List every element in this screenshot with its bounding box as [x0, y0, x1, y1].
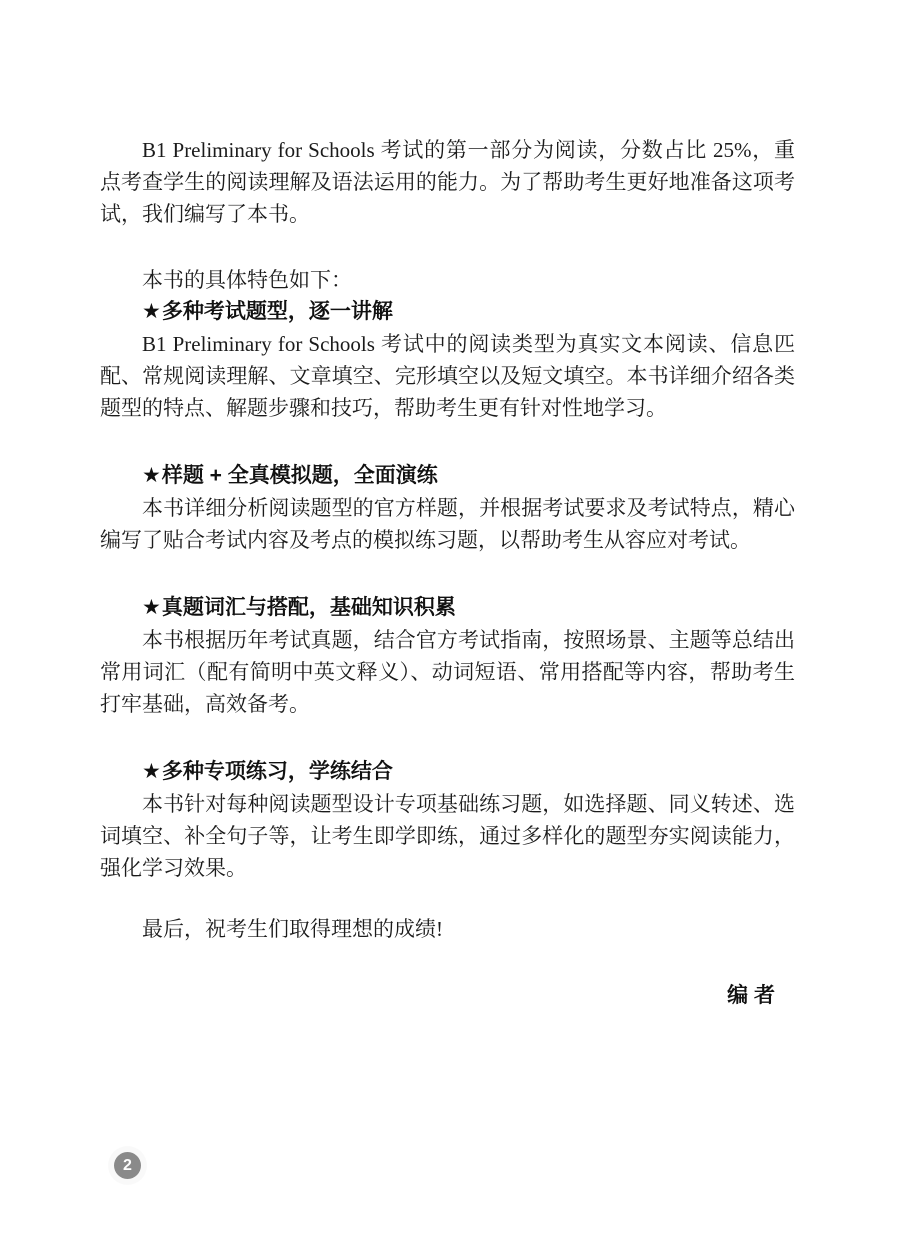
- preface-content: B1 Preliminary for Schools 考试的第一部分为阅读，分数…: [100, 134, 795, 1012]
- star-icon: ★: [142, 596, 161, 619]
- feature-section-vocabulary: ★真题词汇与搭配，基础知识积累 本书根据历年考试真题，结合官方考试指南，按照场景…: [100, 592, 795, 720]
- editor-signature: 编 者: [100, 980, 795, 1012]
- feature-heading: ★真题词汇与搭配，基础知识积累: [100, 592, 795, 624]
- features-lead: 本书的具体特色如下：: [100, 264, 795, 296]
- feature-section-exercises: ★多种专项练习，学练结合 本书针对每种阅读题型设计专项基础练习题，如选择题、同义…: [100, 756, 795, 884]
- feature-heading: ★多种考试题型，逐一讲解: [100, 296, 795, 328]
- feature-heading-label: 样题 + 全真模拟题，全面演练: [162, 464, 438, 487]
- feature-body: 本书针对每种阅读题型设计专项基础练习题，如选择题、同义转述、选词填空、补全句子等…: [100, 788, 795, 884]
- feature-section-exam-types: ★多种考试题型，逐一讲解 B1 Preliminary for Schools …: [100, 296, 795, 424]
- document-page: B1 Preliminary for Schools 考试的第一部分为阅读，分数…: [0, 0, 900, 1234]
- star-icon: ★: [142, 464, 161, 487]
- feature-heading-label: 多种专项练习，学练结合: [162, 760, 393, 783]
- closing-line: 最后，祝考生们取得理想的成绩!: [100, 913, 795, 945]
- star-icon: ★: [142, 300, 161, 323]
- feature-body: B1 Preliminary for Schools 考试中的阅读类型为真实文本…: [100, 328, 795, 424]
- feature-body: 本书根据历年考试真题，结合官方考试指南，按照场景、主题等总结出常用词汇（配有简明…: [100, 624, 795, 720]
- feature-heading-label: 多种考试题型，逐一讲解: [162, 300, 393, 323]
- feature-heading: ★多种专项练习，学练结合: [100, 756, 795, 788]
- feature-body: 本书详细分析阅读题型的官方样题，并根据考试要求及考试特点，精心编写了贴合考试内容…: [100, 492, 795, 556]
- star-icon: ★: [142, 760, 161, 783]
- feature-heading: ★样题 + 全真模拟题，全面演练: [100, 460, 795, 492]
- intro-paragraph: B1 Preliminary for Schools 考试的第一部分为阅读，分数…: [100, 134, 795, 230]
- page-number-badge: 2: [114, 1152, 141, 1179]
- feature-section-mock-tests: ★样题 + 全真模拟题，全面演练 本书详细分析阅读题型的官方样题，并根据考试要求…: [100, 460, 795, 556]
- feature-heading-label: 真题词汇与搭配，基础知识积累: [162, 596, 456, 619]
